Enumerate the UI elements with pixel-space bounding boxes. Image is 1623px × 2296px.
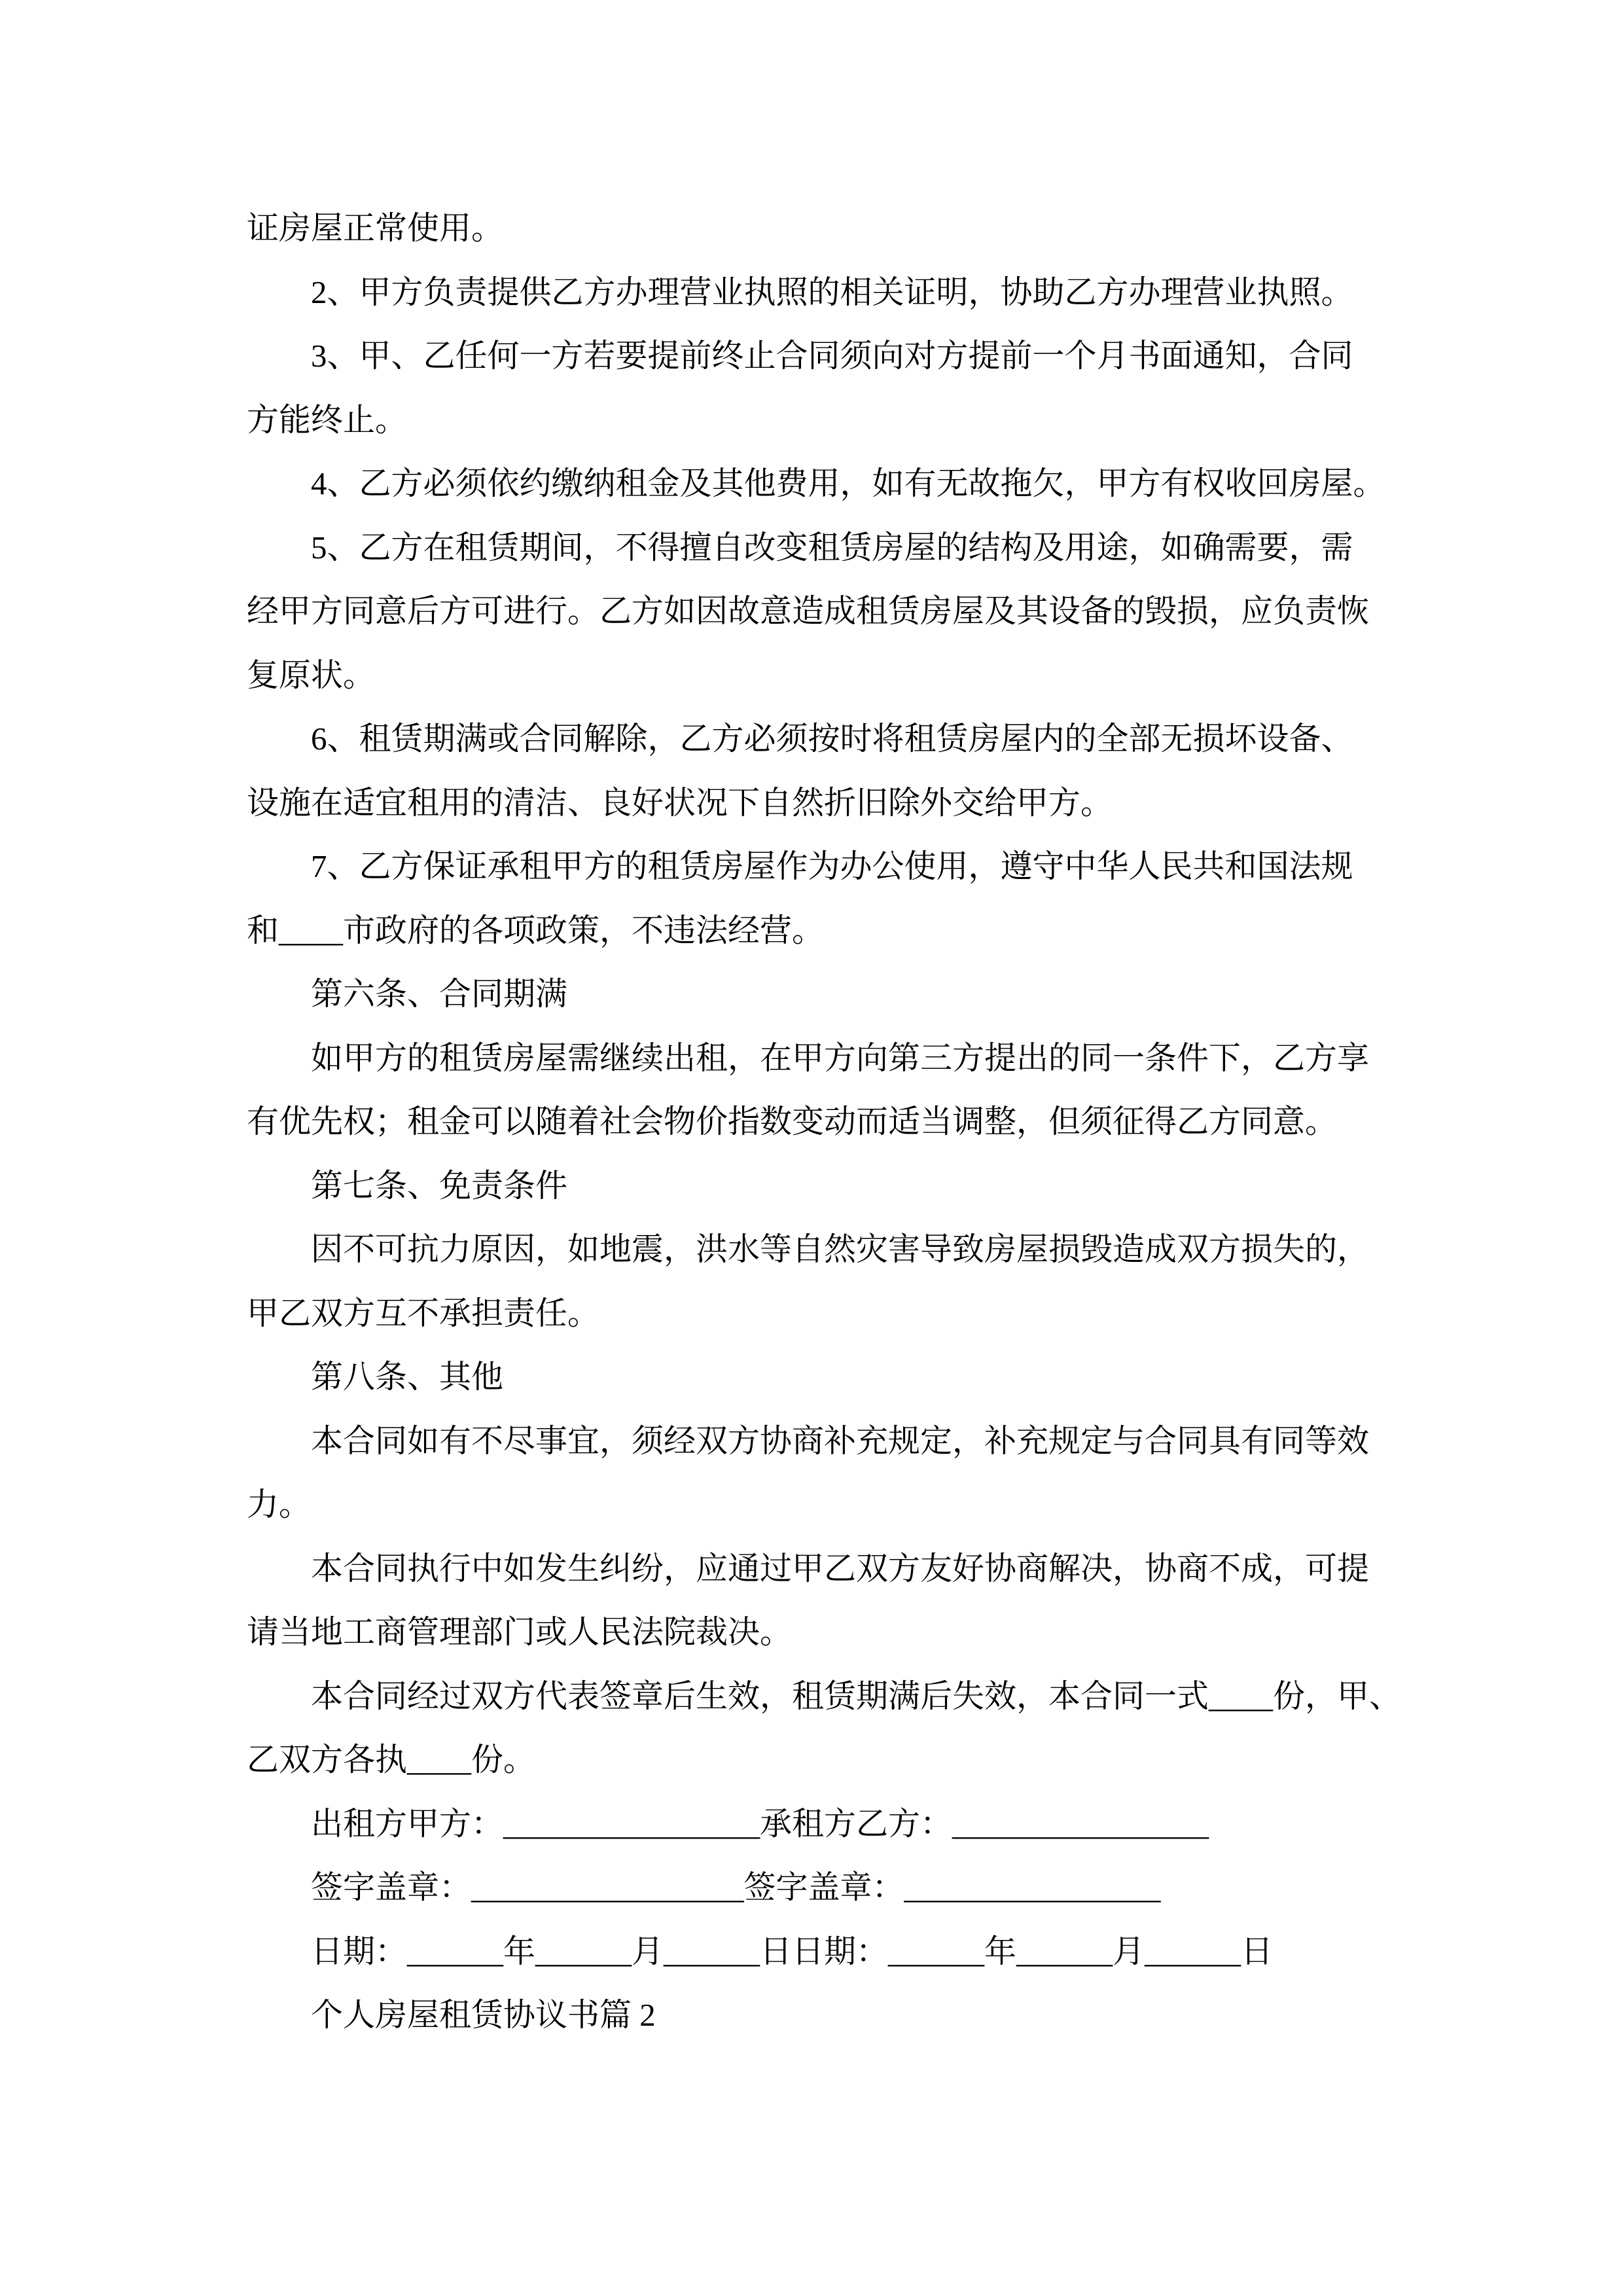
contract-clause-line: 如甲方的租赁房屋需继续出租，在甲方向第三方提出的同一条件下，乙方享: [247, 1026, 1418, 1090]
contract-clause-line: 请当地工商管理部门或人民法院裁决。: [247, 1600, 1418, 1664]
section-heading: 第七条、免责条件: [247, 1154, 1418, 1218]
contract-clause-line: 有优先权；租金可以随着社会物价指数变动而适当调整，但须征得乙方同意。: [247, 1090, 1418, 1154]
contract-clause-line: 本合同如有不尽事宜，须经双方协商补充规定，补充规定与合同具有同等效: [247, 1409, 1418, 1473]
contract-clause-line: 经甲方同意后方可进行。乙方如因故意造成租赁房屋及其设备的毁损，应负责恢: [247, 579, 1418, 643]
contract-clause-line: 5、乙方在租赁期间，不得擅自改变租赁房屋的结构及用途，如确需要，需: [247, 516, 1418, 580]
contract-clause-line: 方能终止。: [247, 388, 1418, 452]
contract-clause-line: 和____市政府的各项政策，不违法经营。: [247, 899, 1418, 963]
contract-clause-line: 6、租赁期满或合同解除，乙方必须按时将租赁房屋内的全部无损坏设备、: [247, 707, 1418, 771]
section-heading: 第八条、其他: [247, 1345, 1418, 1409]
document-page: 证房屋正常使用。 2、甲方负责提供乙方办理营业执照的相关证明，协助乙方办理营业执…: [0, 0, 1623, 2296]
contract-clause-line: 证房屋正常使用。: [247, 196, 1418, 260]
contract-clause-line: 3、甲、乙任何一方若要提前终止合同须向对方提前一个月书面通知，合同: [247, 324, 1418, 388]
contract-clause-line: 本合同经过双方代表签章后生效，租赁期满后失效，本合同一式____份，甲、: [247, 1664, 1418, 1729]
contract-clause-line: 本合同执行中如发生纠纷，应通过甲乙双方友好协商解决，协商不成，可提: [247, 1537, 1418, 1601]
contract-clause-line: 力。: [247, 1473, 1418, 1537]
lessor-lessee-signature-line: 出租方甲方：________________承租方乙方：____________…: [247, 1792, 1418, 1856]
section-heading: 第六条、合同期满: [247, 962, 1418, 1026]
date-line: 日期：______年______月______日日期：______年______…: [247, 1920, 1418, 1984]
contract-clause-line: 甲乙双方互不承担责任。: [247, 1282, 1418, 1346]
seal-signature-line: 签字盖章：_________________签字盖章：_____________…: [247, 1856, 1418, 1920]
contract-clause-line: 设施在适宜租用的清洁、良好状况下自然折旧除外交给甲方。: [247, 771, 1418, 835]
contract-clause-line: 复原状。: [247, 643, 1418, 708]
contract-clause-line: 4、乙方必须依约缴纳租金及其他费用，如有无故拖欠，甲方有权收回房屋。: [247, 452, 1418, 516]
next-agreement-title: 个人房屋租赁协议书篇 2: [247, 1983, 1418, 2047]
contract-body: 证房屋正常使用。 2、甲方负责提供乙方办理营业执照的相关证明，协助乙方办理营业执…: [247, 196, 1418, 2047]
contract-clause-line: 2、甲方负责提供乙方办理营业执照的相关证明，协助乙方办理营业执照。: [247, 260, 1418, 325]
contract-clause-line: 因不可抗力原因，如地震，洪水等自然灾害导致房屋损毁造成双方损失的，: [247, 1217, 1418, 1282]
contract-clause-line: 乙双方各执____份。: [247, 1728, 1418, 1792]
contract-clause-line: 7、乙方保证承租甲方的租赁房屋作为办公使用，遵守中华人民共和国法规: [247, 834, 1418, 899]
